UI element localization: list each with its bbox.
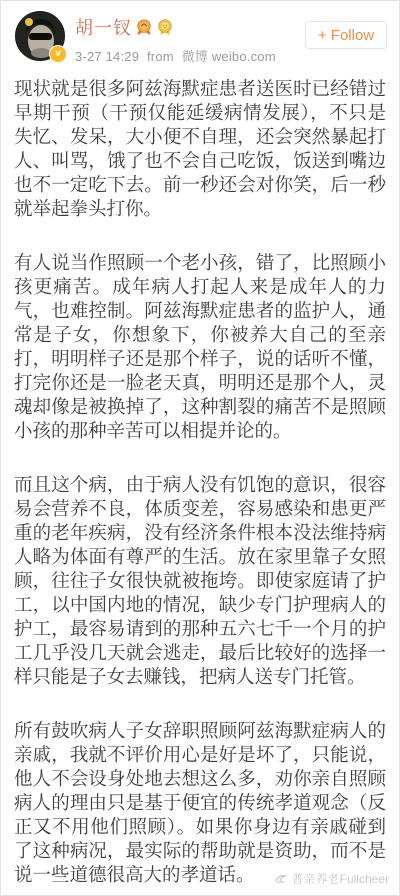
post-meta: 3-27 14:29 from 微博 weibo.com	[75, 46, 305, 65]
vip-crown-medal-badge-icon	[135, 18, 153, 36]
header-info: 胡一钗 3-27 1	[75, 11, 305, 65]
watermark-logo-icon	[273, 871, 288, 886]
follow-button[interactable]: + Follow	[305, 21, 387, 49]
post-header: v 胡一钗	[1, 1, 399, 65]
verified-badge-icon: v	[49, 45, 67, 63]
source-prefix: from	[147, 49, 174, 64]
avatar[interactable]: v	[15, 11, 65, 61]
watermark-text: 普亲养老Fullcheer	[292, 870, 389, 887]
post-paragraph-1: 现状就是很多阿兹海默症患者送医时已经错过早期干预（干预仅能延缓病情发展），不只是…	[14, 77, 386, 221]
watermark: 普亲养老Fullcheer	[269, 870, 389, 887]
weibo-post-screen: v 胡一钗	[0, 0, 400, 896]
post-source[interactable]: 微博 weibo.com	[182, 49, 276, 64]
post-paragraph-2: 有人说当作照顾一个老小孩，错了，比照顾小孩更痛苦。成年病人打起人来是成年人的力气…	[14, 251, 386, 443]
username[interactable]: 胡一钗	[75, 14, 132, 40]
post-paragraph-3: 而且这个病，由于病人没有饥饱的意识，很容易会营养不良，体质变差，容易感染和患更严…	[14, 473, 386, 689]
post-timestamp: 3-27 14:29	[75, 49, 139, 64]
post-body: 现状就是很多阿兹海默症患者送医时已经错过早期干预（干预仅能延缓病情发展），不只是…	[1, 65, 399, 887]
gold-medal-badge-icon	[156, 18, 174, 36]
post-paragraph-4: 所有鼓吹病人子女辞职照顾阿兹海默症病人的亲戚，我就不评价用心是好是坏了，只能说，…	[14, 719, 386, 887]
